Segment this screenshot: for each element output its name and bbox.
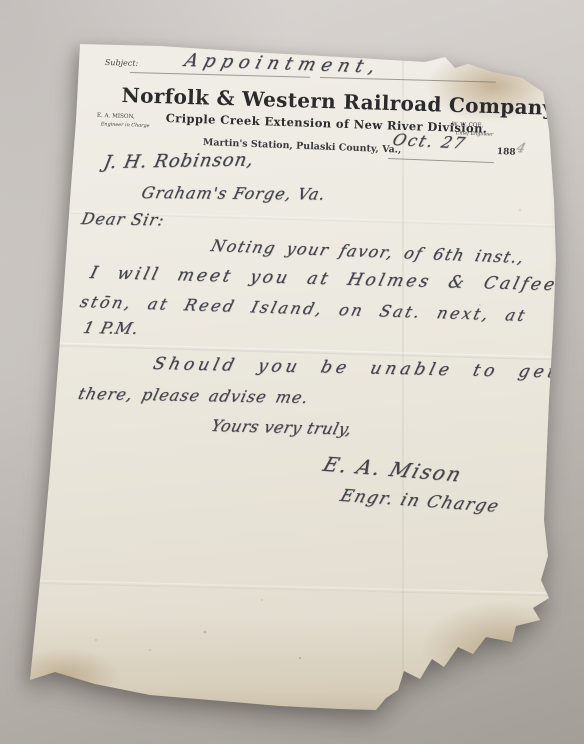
year-printed: 188 xyxy=(497,147,516,158)
recipient-address: Graham's Forge, Va. xyxy=(140,183,328,204)
officer-left-title: Engineer in Charge xyxy=(101,121,150,129)
recipient-name: J. H. Robinson, xyxy=(102,149,256,173)
right-wear-shade xyxy=(550,60,584,744)
body-line: there, please advise me. xyxy=(76,384,311,407)
date-handwritten: Oct. 27 xyxy=(390,130,469,153)
salutation: Dear Sir: xyxy=(80,209,167,229)
letter-photo: Subject: Appointment, Norfolk & Western … xyxy=(0,0,584,744)
officer-left-block: E. A. MISON, Engineer in Charge xyxy=(96,112,166,132)
letter-paper: Subject: Appointment, Norfolk & Western … xyxy=(0,0,584,744)
subject-label: Subject: xyxy=(105,58,139,68)
officer-right-name: W. W. COE, xyxy=(452,121,495,129)
body-line: 1 P.M. xyxy=(81,318,141,338)
officer-left-name: E. A. MISON, xyxy=(97,112,153,121)
closing-line: Yours very truly, xyxy=(209,416,354,439)
